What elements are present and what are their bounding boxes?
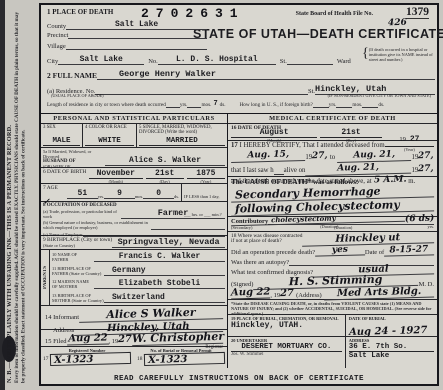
cause-duration-value: (6 ds) xyxy=(405,214,435,225)
occupation-a-label: (a) Trade, profession, or particular kin… xyxy=(43,209,121,219)
last-saw-blank xyxy=(274,174,284,175)
county-label: County xyxy=(47,23,66,30)
county-value: Salt Lake xyxy=(66,20,207,30)
registered-number-value: X-1323 xyxy=(50,352,131,366)
spouse-row: 5a If Married, Widowed, or Divorced HUSB… xyxy=(41,148,227,168)
us-mos-blank xyxy=(336,107,352,108)
dob-row: 6 DATE OF BIRTH November (Month) 21st (D… xyxy=(41,168,227,184)
burial-permit-field-num: 18 xyxy=(137,356,142,362)
address-value: Med Arts Bldg. xyxy=(324,286,435,301)
medical-section-title: MEDICAL CERTIFICATE OF DEATH xyxy=(228,114,437,124)
spouse-label-1: 5a If Married, Widowed, or Divorced xyxy=(43,149,105,159)
father-birthplace-value: Germany xyxy=(104,266,225,276)
father-value: Francis C. Walker xyxy=(94,252,225,262)
mother-label: 12 MAIDEN NAME OF MOTHER xyxy=(52,279,94,289)
personal-column: PERSONAL AND STATISTICAL PARTICULARS 3 S… xyxy=(41,114,228,368)
operation-row: Did an operation precede death? yes Date… xyxy=(228,245,437,256)
city-label: City xyxy=(47,58,58,65)
undertaker-address-2: Salt Lake xyxy=(349,352,434,360)
read-carefully-footer: READ CAREFULLY INSTRUCTIONS ON BACK OF C… xyxy=(41,375,437,383)
race-label: 4 COLOR OR RACE xyxy=(85,125,134,130)
age-row: 7 AGE ✓ 51 yrs. 9 mos. 0 ds. IF LESS tha… xyxy=(41,184,227,202)
us-yrs-unit: yrs. xyxy=(329,102,337,108)
registered-number-field-num: 17 xyxy=(43,356,48,362)
undertaker-agent: Jos. W. Stimmel xyxy=(231,352,342,357)
date-of-death-row: 16 DATE OF DEATH August (Month) 21st (Da… xyxy=(228,124,437,141)
margin-detail-text: Every item of information should be care… xyxy=(14,8,27,383)
birthplace-value: Springvalley, Nevada xyxy=(112,237,225,248)
undertaker-value: DESERET MORTUARY CO. xyxy=(231,343,342,352)
last-saw-year: 27, xyxy=(418,164,434,176)
residence-st-label: St. xyxy=(308,88,315,95)
sex-race-marital-row: 3 SEX MALE 4 COLOR OR RACE WHITE 5 SINGL… xyxy=(41,124,227,148)
file-no-label: State Board of Health File No. xyxy=(296,11,373,17)
length-residence-label: Length of residence in city or town wher… xyxy=(47,102,166,108)
age-years-value: 51 xyxy=(67,189,98,199)
where-contracted-row: 18 Where was disease contracted if not a… xyxy=(228,232,437,245)
file-no-value: 1379 xyxy=(406,6,429,19)
place-of-death-label: 1 PLACE OF DEATH xyxy=(47,8,113,16)
signed-date-row: Aug 22 , 19 27 (Address) Med Arts Bldg. xyxy=(228,288,437,300)
occupation-b-label: (b) General nature of industry, business… xyxy=(43,220,151,230)
informant-block: 14 Informant Alice S Walker Address Hinc… xyxy=(41,306,227,330)
contributory-duration-cap: (Duration) xyxy=(252,225,434,230)
mother-value: Elizabeth Stobeli xyxy=(94,279,225,289)
ward-note: (If death occurred in a hospital or inst… xyxy=(369,47,434,62)
st-label: St. xyxy=(280,58,287,65)
marital-label: 5 SINGLE, MARRIED, WIDOWED, DIVORCED (Wr… xyxy=(139,125,225,136)
autopsy-label: Was there an autopsy? xyxy=(231,259,289,266)
length-yrs-blank xyxy=(166,107,180,108)
occupation-a-value: Farmer xyxy=(121,208,225,219)
residence-no-blank xyxy=(95,94,308,95)
dod-month: August xyxy=(231,128,317,138)
length-days-value: 7 xyxy=(213,100,217,108)
dod-day: 21st xyxy=(320,128,382,138)
residence-note-caption: (IF NON-RESIDENT GIVE CITY OR TOWN AND S… xyxy=(328,93,431,98)
filed-year-pre: , 19 xyxy=(109,338,119,345)
filed-row: 15 Filed Aug 22 , 19 27 W. Christopher R… xyxy=(41,330,227,347)
age-label: 7 AGE xyxy=(43,185,65,191)
last-saw-label1: that I last saw h xyxy=(231,167,274,175)
village-blank xyxy=(66,49,207,50)
age-months-value: 9 xyxy=(104,189,135,199)
dob-month: November xyxy=(89,169,143,179)
race-value: WHITE xyxy=(85,137,134,146)
certificate-form: 1 PLACE OF DEATH 2702631 State Board of … xyxy=(39,3,439,386)
burial-place-value: Hinckley, UTAH. xyxy=(231,321,342,330)
sex-label: 3 SEX xyxy=(43,125,80,130)
left-margin-instructions: N. B.—WRITE PLAINLY WITH UNFADING INK—TH… xyxy=(6,0,40,390)
certificate-title: STATE OF UTAH—DEATH CERTIFICATE xyxy=(193,27,439,41)
registration-stamp-number: 2702631 xyxy=(141,6,245,21)
operation-date-value: 8-15-27 xyxy=(384,244,434,256)
certify-paragraph: 17 I HEREBY CERTIFY, That I attended dec… xyxy=(228,141,437,177)
st-blank xyxy=(287,64,333,65)
burial-date-value: Aug 24 - 1927 xyxy=(349,325,428,338)
occupation-b-blank xyxy=(151,229,225,230)
length-yrs-unit: yrs. xyxy=(180,102,188,108)
filed-date-value: Aug 22 xyxy=(66,332,108,345)
operation-label: Did an operation precede death? xyxy=(231,249,315,256)
operation-date-label: Date of xyxy=(365,249,384,256)
age-mos-unit: mos. xyxy=(135,194,143,199)
dob-label: 6 DATE OF BIRTH xyxy=(43,169,89,182)
burial-row: 19 PLACE OF BURIAL, CREMATION, OR REMOVA… xyxy=(228,315,437,337)
undertaker-row: 20 UNDERTAKER DESERET MORTUARY CO. Jos. … xyxy=(228,337,437,368)
residence-sub-caption: (USUAL PLACE OF ABODE) xyxy=(51,93,104,98)
certify-line1: I HEREBY CERTIFY, That I attended deceas… xyxy=(240,142,385,149)
to-label: to xyxy=(330,154,335,162)
mother-birthplace-label: 13 BIRTHPLACE OF MOTHER (State or Countr… xyxy=(52,293,104,303)
father-birthplace-label: 11 BIRTHPLACE OF FATHER (State or Countr… xyxy=(52,266,104,276)
filed-year-value: 27 xyxy=(118,334,132,345)
number-boxes-row: Registered Number 17 X-1323 No. of Buria… xyxy=(41,347,227,368)
length-mos-blank xyxy=(187,107,201,108)
death-certificate-scan: N. B.—WRITE PLAINLY WITH UNFADING INK—TH… xyxy=(0,0,443,390)
signed-year-value: 27 xyxy=(280,288,294,299)
sex-value: MALE xyxy=(43,137,80,146)
length-mos-unit: mos. xyxy=(201,102,211,108)
personal-section-title: PERSONAL AND STATISTICAL PARTICULARS xyxy=(41,114,227,124)
last-saw-label2: alive on xyxy=(284,167,306,175)
informant-label: 14 Informant xyxy=(45,314,79,321)
cause-footnote: *State the DISEASE CAUSING DEATH, or, in… xyxy=(228,300,437,315)
brace-glyph: { xyxy=(362,47,369,62)
father-label: 10 NAME OF FATHER xyxy=(52,252,94,262)
birthplace-cap: (State or Country) xyxy=(43,243,112,248)
us-mos-unit: mos. xyxy=(352,102,362,108)
burial-date-label: DATE OF BURIAL xyxy=(349,316,434,321)
village-label: Village xyxy=(47,43,66,50)
registrar-signature: W. Christopher xyxy=(132,330,223,346)
signed-date-value: Aug 22 xyxy=(231,286,271,299)
precinct-label: Precinct xyxy=(47,32,68,39)
full-name-value: George Henry Walker xyxy=(97,69,435,80)
mother-birthplace-value: Switzerland xyxy=(104,293,225,303)
full-name-label: 2 FULL NAME xyxy=(47,71,97,80)
age-ds-unit: ds. xyxy=(174,194,179,199)
burial-permit-value: X-1323 xyxy=(144,352,225,366)
filed-label: 15 Filed xyxy=(45,338,67,345)
parents-block: PARENTS 10 NAME OF FATHER Francis C. Wal… xyxy=(41,250,227,306)
city-value: Salt Lake xyxy=(58,55,144,65)
age-checkmark: ✓ xyxy=(43,196,50,206)
length-ds-unit: ds. xyxy=(220,102,226,108)
signed-year-pre: , 19 xyxy=(270,292,280,299)
us-ds-blank xyxy=(362,107,378,108)
age-days-value: 0 xyxy=(143,189,174,199)
dob-day: 21st xyxy=(146,169,184,179)
birthplace-row: 9 BIRTHPLACE (City or town) (State or Co… xyxy=(41,236,227,250)
operation-value: yes xyxy=(315,244,365,256)
certify-number: 17 xyxy=(231,142,238,149)
medical-column: MEDICAL CERTIFICATE OF DEATH 16 DATE OF … xyxy=(228,114,437,368)
us-ds-unit: ds. xyxy=(378,102,384,108)
us-yrs-blank xyxy=(313,107,329,108)
institution-value: L. D. S. Hospital xyxy=(158,55,276,65)
parents-vertical-label: PARENTS xyxy=(43,266,48,289)
how-long-us-label: How long in U. S., if foreign birth? xyxy=(240,102,313,108)
ward-label: Ward xyxy=(337,58,351,65)
spouse-value: Alice S. Walker xyxy=(105,156,225,166)
dob-year: 1875 xyxy=(187,169,225,179)
attended-from-value: Aug. 15, xyxy=(231,150,306,164)
scan-edge-left xyxy=(0,0,5,390)
occupation-block: 8 OCCUPATION OF DECEASED (a) Trade, prof… xyxy=(41,202,227,236)
address-label: (Address) xyxy=(296,292,322,299)
undertaker-address-1: 36 E. 7th So. xyxy=(349,343,434,352)
attended-to-year: 27, xyxy=(418,151,434,163)
no-label: No. xyxy=(148,58,158,65)
precinct-blank xyxy=(68,38,207,39)
attended-from-year: 27, xyxy=(312,151,328,163)
form-columns: PERSONAL AND STATISTICAL PARTICULARS 3 S… xyxy=(41,113,437,368)
marital-value: MARRIED xyxy=(139,137,225,146)
margin-nb-text: N. B.—WRITE PLAINLY WITH UNFADING INK—TH… xyxy=(6,8,14,383)
